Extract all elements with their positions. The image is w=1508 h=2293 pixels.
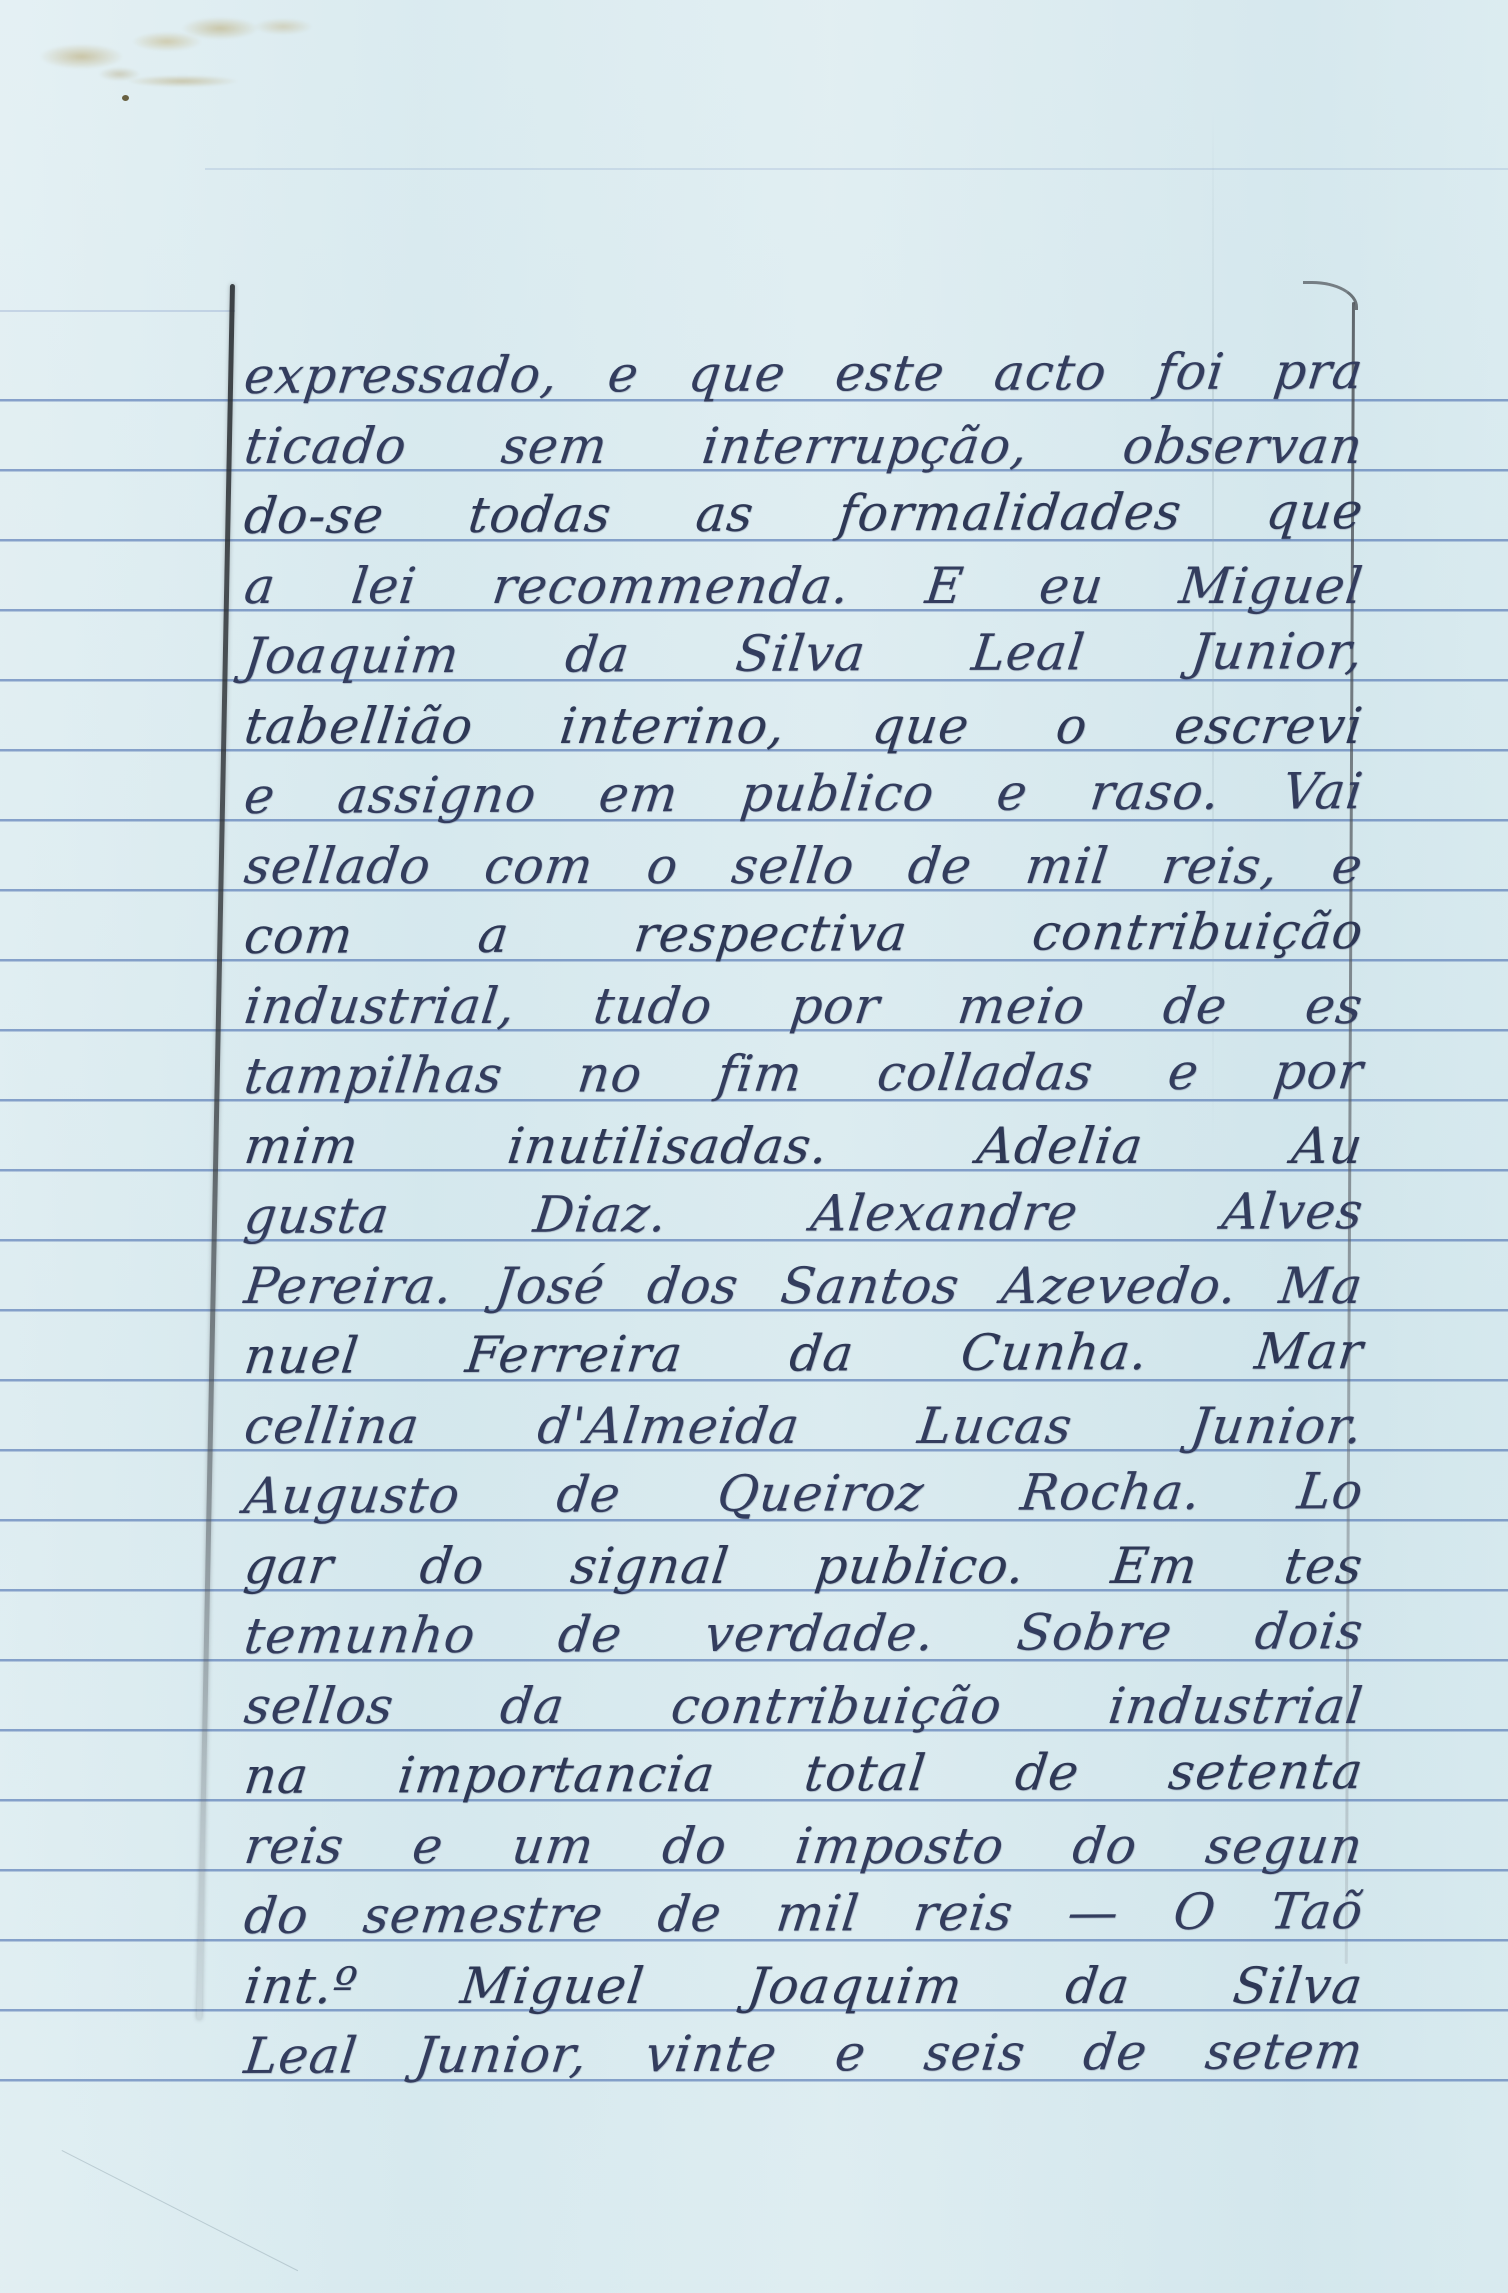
ink-stain bbox=[25, 2, 340, 90]
manuscript-line-7: e assigno em publico e raso. Vai bbox=[240, 756, 1367, 835]
manuscript-line-21: na importancia total de setenta bbox=[240, 1736, 1367, 1815]
faint-ruled-line bbox=[205, 168, 1508, 170]
faint-ruled-line-stub bbox=[0, 310, 235, 312]
manuscript-line-13: gusta Diaz. Alexandre Alves bbox=[240, 1176, 1367, 1255]
manuscript-line-25: Leal Junior, vinte e seis de setem bbox=[240, 2016, 1367, 2095]
manuscript-line-15: nuel Ferreira da Cunha. Mar bbox=[240, 1316, 1367, 1395]
manuscript-line-8: sellado com o sello de mil reis, e bbox=[240, 831, 1367, 905]
manuscript-line-14: Pereira. José dos Santos Azevedo. Ma bbox=[240, 1251, 1367, 1325]
manuscript-line-24: int.º Miguel Joaquim da Silva bbox=[240, 1951, 1367, 2025]
manuscript-line-23: do semestre de mil reis — O Taõ bbox=[240, 1876, 1367, 1955]
manuscript-line-4: a lei recommenda. E eu Miguel bbox=[240, 551, 1367, 625]
manuscript-line-20: sellos da contribuição industrial bbox=[240, 1671, 1367, 1745]
manuscript-line-11: tampilhas no fim colladas e por bbox=[240, 1036, 1367, 1115]
manuscript-line-3: do-se todas as formalidades que bbox=[240, 476, 1367, 555]
manuscript-line-6: tabellião interino, que o escrevi bbox=[240, 691, 1367, 765]
manuscript-line-5: Joaquim da Silva Leal Junior, bbox=[240, 616, 1367, 695]
manuscript-line-9: com a respectiva contribuição bbox=[240, 896, 1367, 975]
manuscript-line-22: reis e um do imposto do segun bbox=[240, 1811, 1367, 1885]
manuscript-line-18: gar do signal publico. Em tes bbox=[240, 1531, 1367, 1605]
manuscript-line-12: mim inutilisadas. Adelia Au bbox=[240, 1111, 1367, 1185]
manuscript-line-17: Augusto de Queiroz Rocha. Lo bbox=[240, 1456, 1367, 1535]
manuscript-line-2: ticado sem interrupção, observan bbox=[240, 411, 1367, 485]
ink-speck bbox=[122, 95, 129, 101]
manuscript-line-10: industrial, tudo por meio de es bbox=[240, 971, 1367, 1045]
manuscript-line-1: expressado, e que este acto foi pra bbox=[240, 336, 1367, 415]
manuscript-line-19: temunho de verdade. Sobre dois bbox=[240, 1596, 1367, 1675]
manuscript-line-16: cellina d'Almeida Lucas Junior. bbox=[240, 1391, 1367, 1465]
